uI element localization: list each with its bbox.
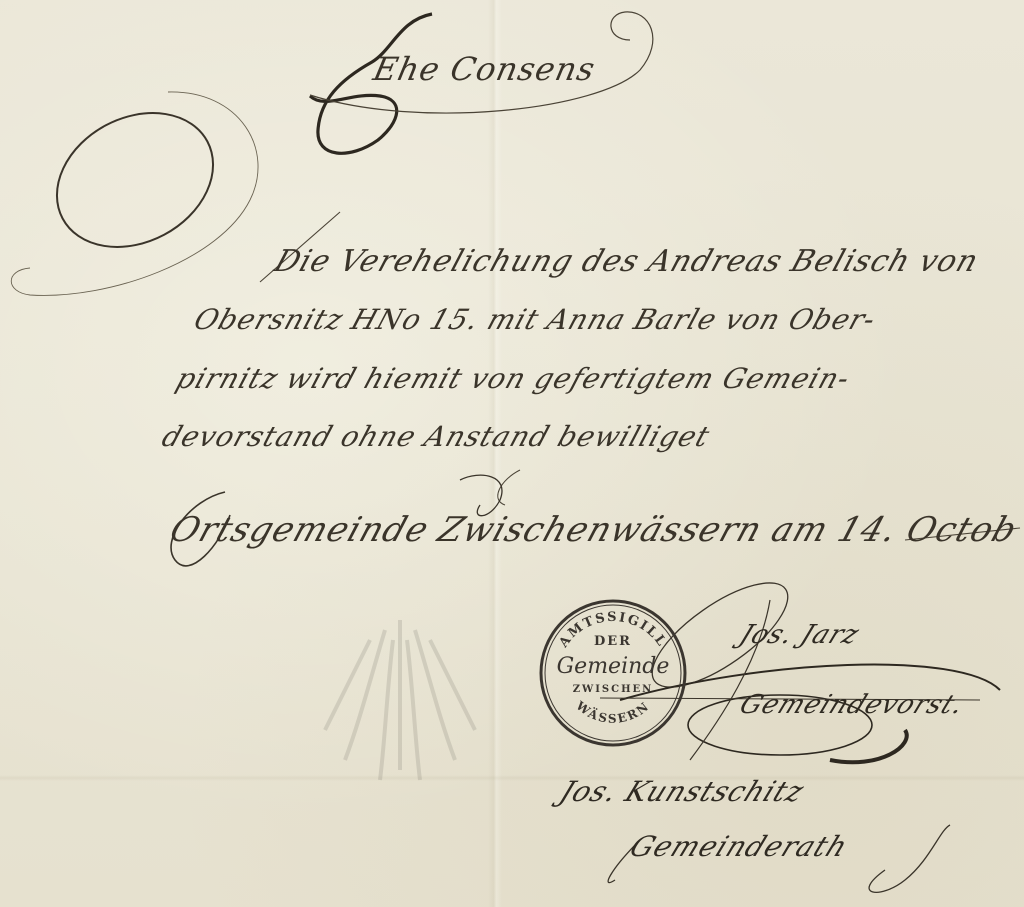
body-line-4: devorstand ohne Anstand bewilliget — [158, 420, 714, 453]
municipal-seal-stamp: AMTSSIGILL WÄSSERN DER Gemeinde ZWISCHEN — [538, 598, 688, 748]
document-title: Ehe Consens — [370, 50, 599, 88]
seal-line-zwischen: ZWISCHEN — [538, 684, 688, 695]
body-line-2: Obersnitz HNo 15. mit Anna Barle von Obe… — [190, 303, 880, 336]
document-page: Ehe Consens Die Verehelichung des Andrea… — [0, 0, 1024, 907]
signature-2-title: Gemeinderath — [625, 830, 853, 863]
body-line-1: Die Verehelichung des Andreas Belisch vo… — [270, 244, 983, 279]
signature-1: Jos. Jarz — [735, 620, 864, 650]
seal-bottom-arc-text: WÄSSERN — [573, 698, 653, 726]
signature-1-title: Gemeindevorst. — [735, 690, 969, 720]
place-date-line: Ortsgemeinde Zwischenwässern am 14. Octo… — [165, 510, 1024, 550]
calligraphic-flourishes — [0, 0, 1024, 907]
signature-2: Jos. Kunstschitz — [555, 775, 810, 808]
body-line-3: pirnitz wird hiemit von gefertigtem Geme… — [172, 362, 855, 395]
svg-text:WÄSSERN: WÄSSERN — [573, 698, 653, 726]
seal-line-gemeinde: Gemeinde — [538, 654, 688, 679]
seal-line-der: DER — [538, 634, 688, 649]
watermark-eagle — [315, 600, 485, 790]
